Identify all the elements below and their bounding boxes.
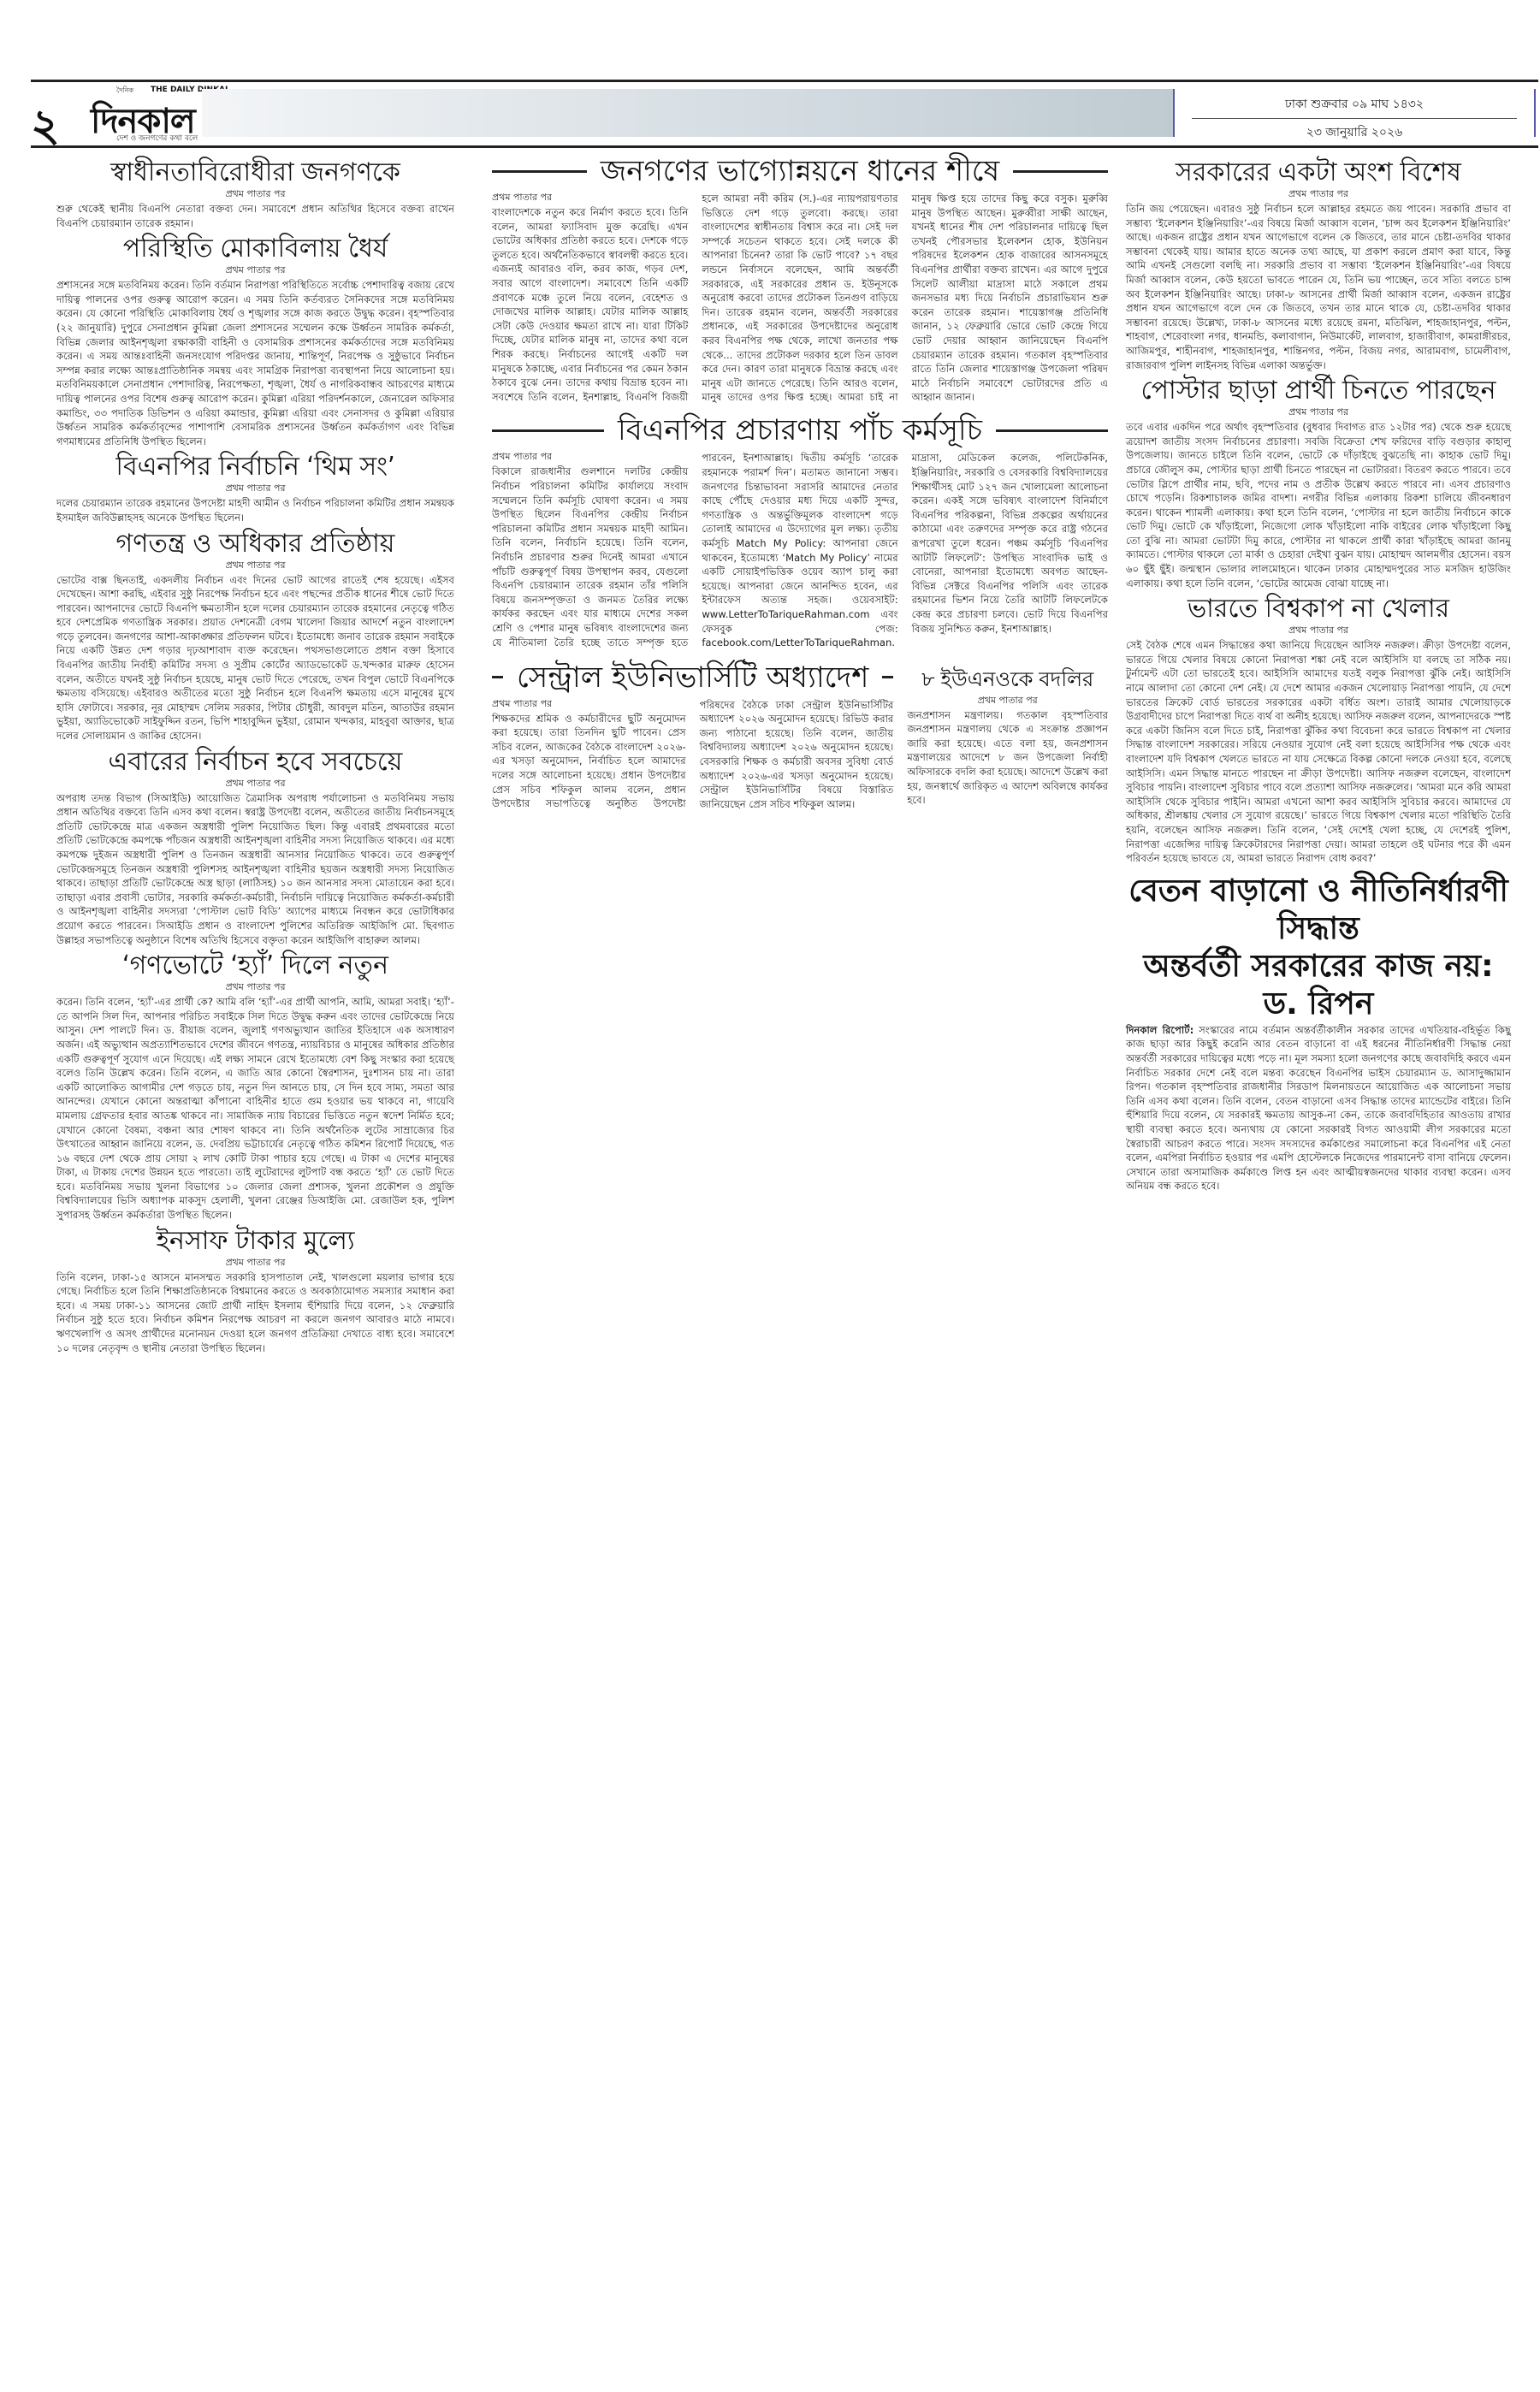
headline: পরিস্থিতি মোকাবিলায় ধৈর্য	[56, 234, 454, 264]
continued-label: প্রথম পাতার পর	[56, 188, 454, 200]
headline-line-1: বেতন বাড়ানো ও নীতিনির্ধারণী সিদ্ধান্ত	[1126, 873, 1511, 948]
date-english: ২৩ জানুয়ারি ২০২৬	[1175, 122, 1534, 143]
article-body: প্রশাসনের সঙ্গে মতবিনিময় করেন। তিনি বর্…	[56, 278, 454, 448]
headline: সরকারের একটা অংশ বিশেষ	[1126, 157, 1511, 188]
ruled-headline: জনগণের ভাগ্যোন্নয়নে ধানের শীষে	[492, 154, 1108, 188]
right-column: সরকারের একটা অংশ বিশেষ প্রথম পাতার পর তি…	[1121, 154, 1540, 1195]
article-dr-ripon: বেতন বাড়ানো ও নীতিনির্ধারণী সিদ্ধান্ত অ…	[1126, 873, 1511, 1193]
article-five-programs: বিএনপির প্রচারণায় পাঁচ কর্মসূচি প্রথম প…	[492, 413, 1108, 649]
article-body: সেই বৈঠক শেষে এমন সিদ্ধান্তের কথা জানিয়…	[1126, 638, 1511, 866]
headline: বিএনপির প্রচারণায় পাঁচ কর্মসূচি	[618, 413, 982, 447]
headline-rule	[492, 429, 604, 432]
continued-label: প্রথম পাতার পর	[56, 264, 454, 276]
headline: বিএনপির নির্বাচনি ‘থিম সং’	[56, 452, 454, 483]
continued-label: প্রথম পাতার পর	[56, 483, 454, 494]
article-democracy-rights: গণতন্ত্র ও অধিকার প্রতিষ্ঠায় প্রথম পাতা…	[56, 529, 454, 743]
article-body: বিকালে রাজধানীর গুলশানে দলটির কেন্দ্রীয়…	[492, 451, 1108, 649]
article-paddy-sheaf: জনগণের ভাগ্যোন্নয়নে ধানের শীষে প্রথম পা…	[492, 154, 1108, 405]
article-body: তিনি জয় পেয়েছেন। এবারও সুষ্ঠু নির্বাচন…	[1126, 202, 1511, 372]
headline: সেন্ট্রাল ইউনিভার্সিটি অধ্যাদেশ	[517, 660, 868, 695]
article-referendum-yes: ‘গণভোটে ‘হ্যাঁ’ দিলে নতুন প্রথম পাতার পর…	[56, 950, 454, 1223]
headline-line-2: অন্তর্বর্তী সরকারের কাজ নয়: ড. রিপন	[1126, 948, 1511, 1023]
masthead: ২ দৈনিক THE DAILY DINKAL দিনকাল দেশ ও জন…	[31, 80, 1538, 148]
center-column: জনগণের ভাগ্যোন্নয়নে ধানের শীষে প্রথম পা…	[492, 154, 1108, 812]
ruled-headline: বিএনপির প্রচারণায় পাঁচ কর্মসূচি	[492, 413, 1108, 447]
article-body-wrap: দিনকাল রিপোর্ট: সংস্কারের নামে বর্তমান অ…	[1126, 1023, 1511, 1193]
continued-label: প্রথম পাতার পর	[1126, 625, 1511, 636]
article-columns: প্রথম পাতার পর শিক্ষকদের শ্রমিক ও কর্মচা…	[492, 698, 893, 812]
headline: পোস্টার ছাড়া প্রার্থী চিনতে পারছেন	[1126, 376, 1511, 406]
bottom-center-row: সেন্ট্রাল ইউনিভার্সিটি অধ্যাদেশ প্রথম পা…	[492, 660, 1108, 812]
headline: জনগণের ভাগ্যোন্নয়নে ধানের শীষে	[601, 154, 999, 188]
article-central-university: সেন্ট্রাল ইউনিভার্সিটি অধ্যাদেশ প্রথম পা…	[492, 660, 893, 812]
article-body: সংস্কারের নামে বর্তমান অন্তর্বর্তীকালীন …	[1126, 1024, 1511, 1193]
headline: এবারের নির্বাচন হবে সবচেয়ে	[56, 747, 454, 778]
article-uno-transfer: ৮ ইউএনওকে বদলির প্রথম পাতার পর জনপ্রশাসন…	[907, 660, 1108, 812]
date-bangla: ঢাকা শুক্রবার ০৯ মাঘ ১৪৩২	[1192, 94, 1517, 119]
headline: ভারতে বিশ্বকাপ না খেলার	[1126, 594, 1511, 625]
continued-label: প্রথম পাতার পর	[56, 560, 454, 571]
continued-label: প্রথম পাতার পর	[1126, 406, 1511, 418]
continued-label: প্রথম পাতার পর	[56, 1257, 454, 1269]
article-insaf-money: ইনসাফ টাকার মুল্যে প্রথম পাতার পর তিনি ব…	[56, 1226, 454, 1356]
continued-label: প্রথম পাতার পর	[1126, 188, 1511, 200]
headline: ‘গণভোটে ‘হ্যাঁ’ দিলে নতুন	[56, 950, 454, 981]
continued-label: প্রথম পাতার পর	[56, 981, 454, 993]
continued-label: প্রথম পাতার পর	[492, 451, 688, 463]
article-patience-situation: পরিস্থিতি মোকাবিলায় ধৈর্য প্রথম পাতার প…	[56, 234, 454, 448]
article-body: বাংলাদেশকে নতুন করে নির্মাণ করতে হবে। তি…	[492, 192, 1108, 405]
article-body: দলের চেয়ারম্যান তারেক রহমানের উপদেষ্টা …	[56, 496, 454, 524]
continued-label: প্রথম পাতার পর	[492, 192, 688, 204]
article-body: করেন। তিনি বলেন, ‘হ্যাঁ’-এর প্রার্থী কে?…	[56, 995, 454, 1223]
article-independence-opponents: স্বাধীনতাবিরোধীরা জনগণকে প্রথম পাতার পর …	[56, 157, 454, 230]
headline-rule	[492, 676, 503, 678]
article-body: জনপ্রশাসন মন্ত্রণালয়। গতকাল বৃহস্পতিবার…	[907, 708, 1108, 808]
logo-tagline: দেশ ও জনগণের কথা বলে	[116, 132, 198, 145]
article-body: শিক্ষকদের শ্রমিক ও কর্মচারীদের ছুটি অনুম…	[492, 698, 893, 812]
masthead-gradient-band	[202, 89, 1306, 137]
article-poster-candidates: পোস্টার ছাড়া প্রার্থী চিনতে পারছেন প্রথ…	[1126, 376, 1511, 590]
headline: ইনসাফ টাকার মুল্যে	[56, 1226, 454, 1257]
headline-rule	[996, 429, 1108, 432]
article-body: অপরাধ তদন্ত বিভাগ (সিআইডি) আয়োজিত ত্রৈম…	[56, 791, 454, 948]
headline: গণতন্ত্র ও অধিকার প্রতিষ্ঠায়	[56, 529, 454, 560]
article-columns: প্রথম পাতার পর বিকালে রাজধানীর গুলশানে দ…	[492, 451, 1108, 649]
article-body: শুরু থেকেই স্থানীয় বিএনপি নেতারা বক্তব্…	[56, 202, 454, 230]
continued-label: প্রথম পাতার পর	[492, 698, 686, 710]
continued-label: প্রথম পাতার পর	[56, 778, 454, 790]
headline-rule	[1013, 170, 1108, 173]
article-election-security: এবারের নির্বাচন হবে সবচেয়ে প্রথম পাতার …	[56, 747, 454, 948]
headline-rule	[492, 170, 587, 173]
newspaper-logo: দৈনিক THE DAILY DINKAL দিনকাল দেশ ও জনগণ…	[91, 84, 193, 144]
headline: ৮ ইউএনওকে বদলির	[907, 664, 1108, 695]
continued-label: প্রথম পাতার পর	[907, 695, 1108, 707]
article-body: তিনি বলেন, ঢাকা-১৫ আসনে মানসম্মত সরকারি …	[56, 1270, 454, 1356]
left-column: স্বাধীনতাবিরোধীরা জনগণকে প্রথম পাতার পর …	[51, 154, 483, 1357]
article-govt-part: সরকারের একটা অংশ বিশেষ প্রথম পাতার পর তি…	[1126, 157, 1511, 372]
article-columns: প্রথম পাতার পর বাংলাদেশকে নতুন করে নির্ম…	[492, 192, 1108, 405]
headline-rule	[882, 676, 893, 678]
article-world-cup-india: ভারতে বিশ্বকাপ না খেলার প্রথম পাতার পর স…	[1126, 594, 1511, 866]
ruled-headline: সেন্ট্রাল ইউনিভার্সিটি অধ্যাদেশ	[492, 660, 893, 695]
headline: স্বাধীনতাবিরোধীরা জনগণকে	[56, 157, 454, 188]
article-bnp-theme-song: বিএনপির নির্বাচনি ‘থিম সং’ প্রথম পাতার প…	[56, 452, 454, 524]
article-body: ভোটের বাক্স ছিনতাই, একদলীয় নির্বাচন এবং…	[56, 573, 454, 743]
byline: দিনকাল রিপোর্ট:	[1126, 1024, 1193, 1036]
date-box: ঢাকা শুক্রবার ০৯ মাঘ ১৪৩২ ২৩ জানুয়ারি ২…	[1173, 89, 1536, 137]
article-body: তবে এবার একদিন পরে অর্থাৎ বৃহস্পতিবার (ব…	[1126, 420, 1511, 590]
